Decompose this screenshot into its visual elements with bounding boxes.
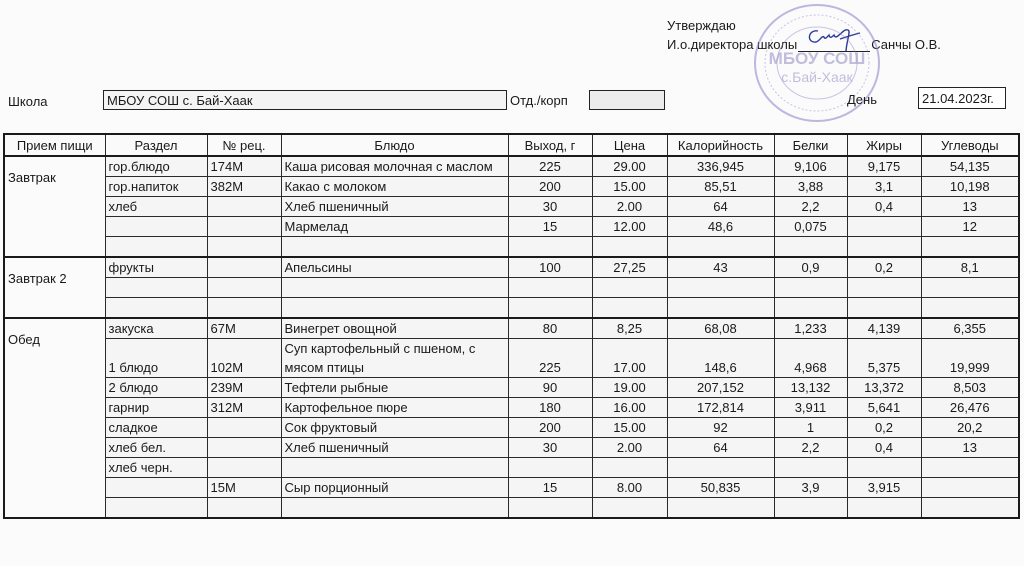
dish-cell: Хлеб пшеничный <box>281 438 508 458</box>
col-header-output: Выход, г <box>508 134 592 156</box>
section-cell: сладкое <box>105 418 207 438</box>
calories-cell: 172,814 <box>667 398 774 418</box>
carbs-cell <box>921 458 1019 478</box>
protein-cell <box>774 278 847 298</box>
calories-cell <box>667 458 774 478</box>
output-cell: 15 <box>508 478 592 498</box>
price-cell <box>592 298 667 319</box>
price-cell: 29.00 <box>592 156 667 177</box>
meal-group: Завтракгор.блюдо174МКаша рисовая молочна… <box>4 156 1019 257</box>
protein-cell: 2,2 <box>774 438 847 458</box>
dish-cell <box>281 278 508 298</box>
section-cell: хлеб бел. <box>105 438 207 458</box>
output-cell: 180 <box>508 398 592 418</box>
fat-cell: 5,375 <box>847 339 921 378</box>
dish-cell <box>281 298 508 319</box>
price-cell: 19.00 <box>592 378 667 398</box>
section-cell <box>105 278 207 298</box>
carbs-cell <box>921 237 1019 258</box>
col-header-calories: Калорийность <box>667 134 774 156</box>
price-cell <box>592 237 667 258</box>
carbs-cell: 8,503 <box>921 378 1019 398</box>
table-row: 2 блюдо239МТефтели рыбные9019.00207,1521… <box>4 378 1019 398</box>
carbs-cell <box>921 498 1019 519</box>
recipe-cell <box>207 217 281 237</box>
carbs-cell <box>921 278 1019 298</box>
price-cell: 15.00 <box>592 418 667 438</box>
recipe-cell <box>207 278 281 298</box>
table-row: Обедзакуска67МВинегрет овощной808,2568,0… <box>4 318 1019 339</box>
dish-cell: Мармелад <box>281 217 508 237</box>
calories-cell <box>667 237 774 258</box>
price-cell <box>592 278 667 298</box>
price-cell: 2.00 <box>592 197 667 217</box>
price-cell: 17.00 <box>592 339 667 378</box>
carbs-cell: 13 <box>921 438 1019 458</box>
output-cell <box>508 278 592 298</box>
recipe-cell <box>207 498 281 519</box>
table-row: Мармелад1512.0048,60,07512 <box>4 217 1019 237</box>
table-row <box>4 278 1019 298</box>
fat-cell <box>847 498 921 519</box>
dish-cell: Картофельное пюре <box>281 398 508 418</box>
section-cell: гор.блюдо <box>105 156 207 177</box>
protein-cell: 13,132 <box>774 378 847 398</box>
price-cell: 8.00 <box>592 478 667 498</box>
school-field: МБОУ СОШ с. Бай-Хаак <box>103 90 507 110</box>
price-cell: 12.00 <box>592 217 667 237</box>
carbs-cell <box>921 478 1019 498</box>
output-cell: 80 <box>508 318 592 339</box>
col-header-carbs: Углеводы <box>921 134 1019 156</box>
carbs-cell: 10,198 <box>921 177 1019 197</box>
recipe-cell: 15М <box>207 478 281 498</box>
output-cell <box>508 237 592 258</box>
section-cell: хлеб <box>105 197 207 217</box>
table-row <box>4 298 1019 319</box>
school-label: Школа <box>8 94 48 109</box>
recipe-cell <box>207 237 281 258</box>
carbs-cell: 26,476 <box>921 398 1019 418</box>
recipe-cell <box>207 418 281 438</box>
recipe-cell <box>207 458 281 478</box>
recipe-cell: 102М <box>207 339 281 378</box>
carbs-cell <box>921 298 1019 319</box>
fat-cell: 13,372 <box>847 378 921 398</box>
output-cell <box>508 458 592 478</box>
calories-cell <box>667 298 774 319</box>
dish-cell <box>281 237 508 258</box>
calories-cell: 336,945 <box>667 156 774 177</box>
dish-cell <box>281 458 508 478</box>
protein-cell: 3,911 <box>774 398 847 418</box>
protein-cell: 1,233 <box>774 318 847 339</box>
dish-cell: Винегрет овощной <box>281 318 508 339</box>
section-cell: 1 блюдо <box>105 339 207 378</box>
section-cell <box>105 478 207 498</box>
dish-cell: Сок фруктовый <box>281 418 508 438</box>
dish-cell: Хлеб пшеничный <box>281 197 508 217</box>
section-cell: гарнир <box>105 398 207 418</box>
price-cell <box>592 498 667 519</box>
fat-cell <box>847 298 921 319</box>
output-cell: 200 <box>508 177 592 197</box>
fat-cell <box>847 217 921 237</box>
price-cell: 27,25 <box>592 257 667 278</box>
calories-cell: 207,152 <box>667 378 774 398</box>
output-cell: 200 <box>508 418 592 438</box>
protein-cell: 4,968 <box>774 339 847 378</box>
fat-cell: 5,641 <box>847 398 921 418</box>
col-header-price: Цена <box>592 134 667 156</box>
table-row: хлебХлеб пшеничный302.00642,20,413 <box>4 197 1019 217</box>
section-cell: гор.напиток <box>105 177 207 197</box>
table-row <box>4 498 1019 519</box>
price-cell: 2.00 <box>592 438 667 458</box>
branch-field <box>589 90 665 110</box>
output-cell: 225 <box>508 339 592 378</box>
svg-text:с.Бай-Хаак: с.Бай-Хаак <box>781 69 853 85</box>
recipe-cell: 67М <box>207 318 281 339</box>
calories-cell <box>667 278 774 298</box>
output-cell: 30 <box>508 197 592 217</box>
meal-cell: Завтрак 2 <box>4 257 105 318</box>
table-row: гарнир312МКартофельное пюре18016.00172,8… <box>4 398 1019 418</box>
calories-cell: 64 <box>667 197 774 217</box>
carbs-cell: 54,135 <box>921 156 1019 177</box>
calories-cell: 92 <box>667 418 774 438</box>
fat-cell: 9,175 <box>847 156 921 177</box>
svg-text:МБОУ СОШ: МБОУ СОШ <box>769 49 866 68</box>
calories-cell: 68,08 <box>667 318 774 339</box>
col-header-protein: Белки <box>774 134 847 156</box>
calories-cell: 64 <box>667 438 774 458</box>
protein-cell: 3,9 <box>774 478 847 498</box>
section-cell <box>105 298 207 319</box>
section-cell <box>105 237 207 258</box>
calories-cell: 148,6 <box>667 339 774 378</box>
protein-cell <box>774 458 847 478</box>
calories-cell: 48,6 <box>667 217 774 237</box>
protein-cell <box>774 498 847 519</box>
fat-cell: 0,2 <box>847 418 921 438</box>
approval-title: Утверждаю <box>667 18 736 33</box>
output-cell: 15 <box>508 217 592 237</box>
section-cell <box>105 498 207 519</box>
table-row <box>4 237 1019 258</box>
dish-cell: Апельсины <box>281 257 508 278</box>
section-cell <box>105 217 207 237</box>
output-cell <box>508 298 592 319</box>
protein-cell: 2,2 <box>774 197 847 217</box>
recipe-cell <box>207 298 281 319</box>
dish-cell: Суп картофельный с пшеном, с мясом птицы <box>281 339 508 378</box>
table-header-row: Прием пищи Раздел № рец. Блюдо Выход, г … <box>4 134 1019 156</box>
fat-cell: 0,2 <box>847 257 921 278</box>
recipe-cell: 312М <box>207 398 281 418</box>
protein-cell: 1 <box>774 418 847 438</box>
dish-cell: Сыр порционный <box>281 478 508 498</box>
fat-cell: 0,4 <box>847 197 921 217</box>
table-row: Завтрак 2фруктыАпельсины10027,25430,90,2… <box>4 257 1019 278</box>
col-header-dish: Блюдо <box>281 134 508 156</box>
output-cell: 225 <box>508 156 592 177</box>
price-cell <box>592 458 667 478</box>
protein-cell: 9,106 <box>774 156 847 177</box>
fat-cell: 4,139 <box>847 318 921 339</box>
table-row: хлеб черн. <box>4 458 1019 478</box>
carbs-cell: 12 <box>921 217 1019 237</box>
protein-cell <box>774 298 847 319</box>
carbs-cell: 8,1 <box>921 257 1019 278</box>
price-cell: 8,25 <box>592 318 667 339</box>
fat-cell: 3,915 <box>847 478 921 498</box>
table-row: сладкоеСок фруктовый20015.009210,220,2 <box>4 418 1019 438</box>
dish-cell: Каша рисовая молочная с маслом <box>281 156 508 177</box>
recipe-cell: 174М <box>207 156 281 177</box>
protein-cell: 0,9 <box>774 257 847 278</box>
dish-cell <box>281 498 508 519</box>
calories-cell: 85,51 <box>667 177 774 197</box>
section-cell: 2 блюдо <box>105 378 207 398</box>
recipe-cell <box>207 257 281 278</box>
fat-cell: 3,1 <box>847 177 921 197</box>
recipe-cell <box>207 438 281 458</box>
output-cell <box>508 498 592 519</box>
fat-cell <box>847 237 921 258</box>
branch-label: Отд./корп <box>510 93 568 108</box>
fat-cell: 0,4 <box>847 438 921 458</box>
output-cell: 90 <box>508 378 592 398</box>
protein-cell: 0,075 <box>774 217 847 237</box>
fat-cell <box>847 458 921 478</box>
price-cell: 16.00 <box>592 398 667 418</box>
section-cell: фрукты <box>105 257 207 278</box>
date-field: 21.04.2023г. <box>918 87 1006 109</box>
carbs-cell: 13 <box>921 197 1019 217</box>
day-label: День <box>847 92 877 107</box>
section-cell: хлеб черн. <box>105 458 207 478</box>
output-cell: 100 <box>508 257 592 278</box>
col-header-fat: Жиры <box>847 134 921 156</box>
col-header-meal: Прием пищи <box>4 134 105 156</box>
meal-cell: Завтрак <box>4 156 105 257</box>
meal-cell: Обед <box>4 318 105 518</box>
dish-cell: Какао с молоком <box>281 177 508 197</box>
price-cell: 15.00 <box>592 177 667 197</box>
calories-cell <box>667 498 774 519</box>
calories-cell: 50,835 <box>667 478 774 498</box>
output-cell: 30 <box>508 438 592 458</box>
carbs-cell: 19,999 <box>921 339 1019 378</box>
dish-cell: Тефтели рыбные <box>281 378 508 398</box>
recipe-cell: 382М <box>207 177 281 197</box>
section-cell: закуска <box>105 318 207 339</box>
fat-cell <box>847 278 921 298</box>
col-header-recipe: № рец. <box>207 134 281 156</box>
table-row: 15МСыр порционный158.0050,8353,93,915 <box>4 478 1019 498</box>
meal-group: Завтрак 2фруктыАпельсины10027,25430,90,2… <box>4 257 1019 318</box>
table-row: хлеб бел.Хлеб пшеничный302.00642,20,413 <box>4 438 1019 458</box>
calories-cell: 43 <box>667 257 774 278</box>
recipe-cell: 239М <box>207 378 281 398</box>
meal-group: Обедзакуска67МВинегрет овощной808,2568,0… <box>4 318 1019 518</box>
col-header-section: Раздел <box>105 134 207 156</box>
carbs-cell: 20,2 <box>921 418 1019 438</box>
recipe-cell <box>207 197 281 217</box>
protein-cell: 3,88 <box>774 177 847 197</box>
carbs-cell: 6,355 <box>921 318 1019 339</box>
protein-cell <box>774 237 847 258</box>
table-row: гор.напиток382МКакао с молоком20015.0085… <box>4 177 1019 197</box>
menu-table: Прием пищи Раздел № рец. Блюдо Выход, г … <box>3 133 1020 519</box>
table-row: Завтракгор.блюдо174МКаша рисовая молочна… <box>4 156 1019 177</box>
table-row: 1 блюдо102МСуп картофельный с пшеном, с … <box>4 339 1019 378</box>
